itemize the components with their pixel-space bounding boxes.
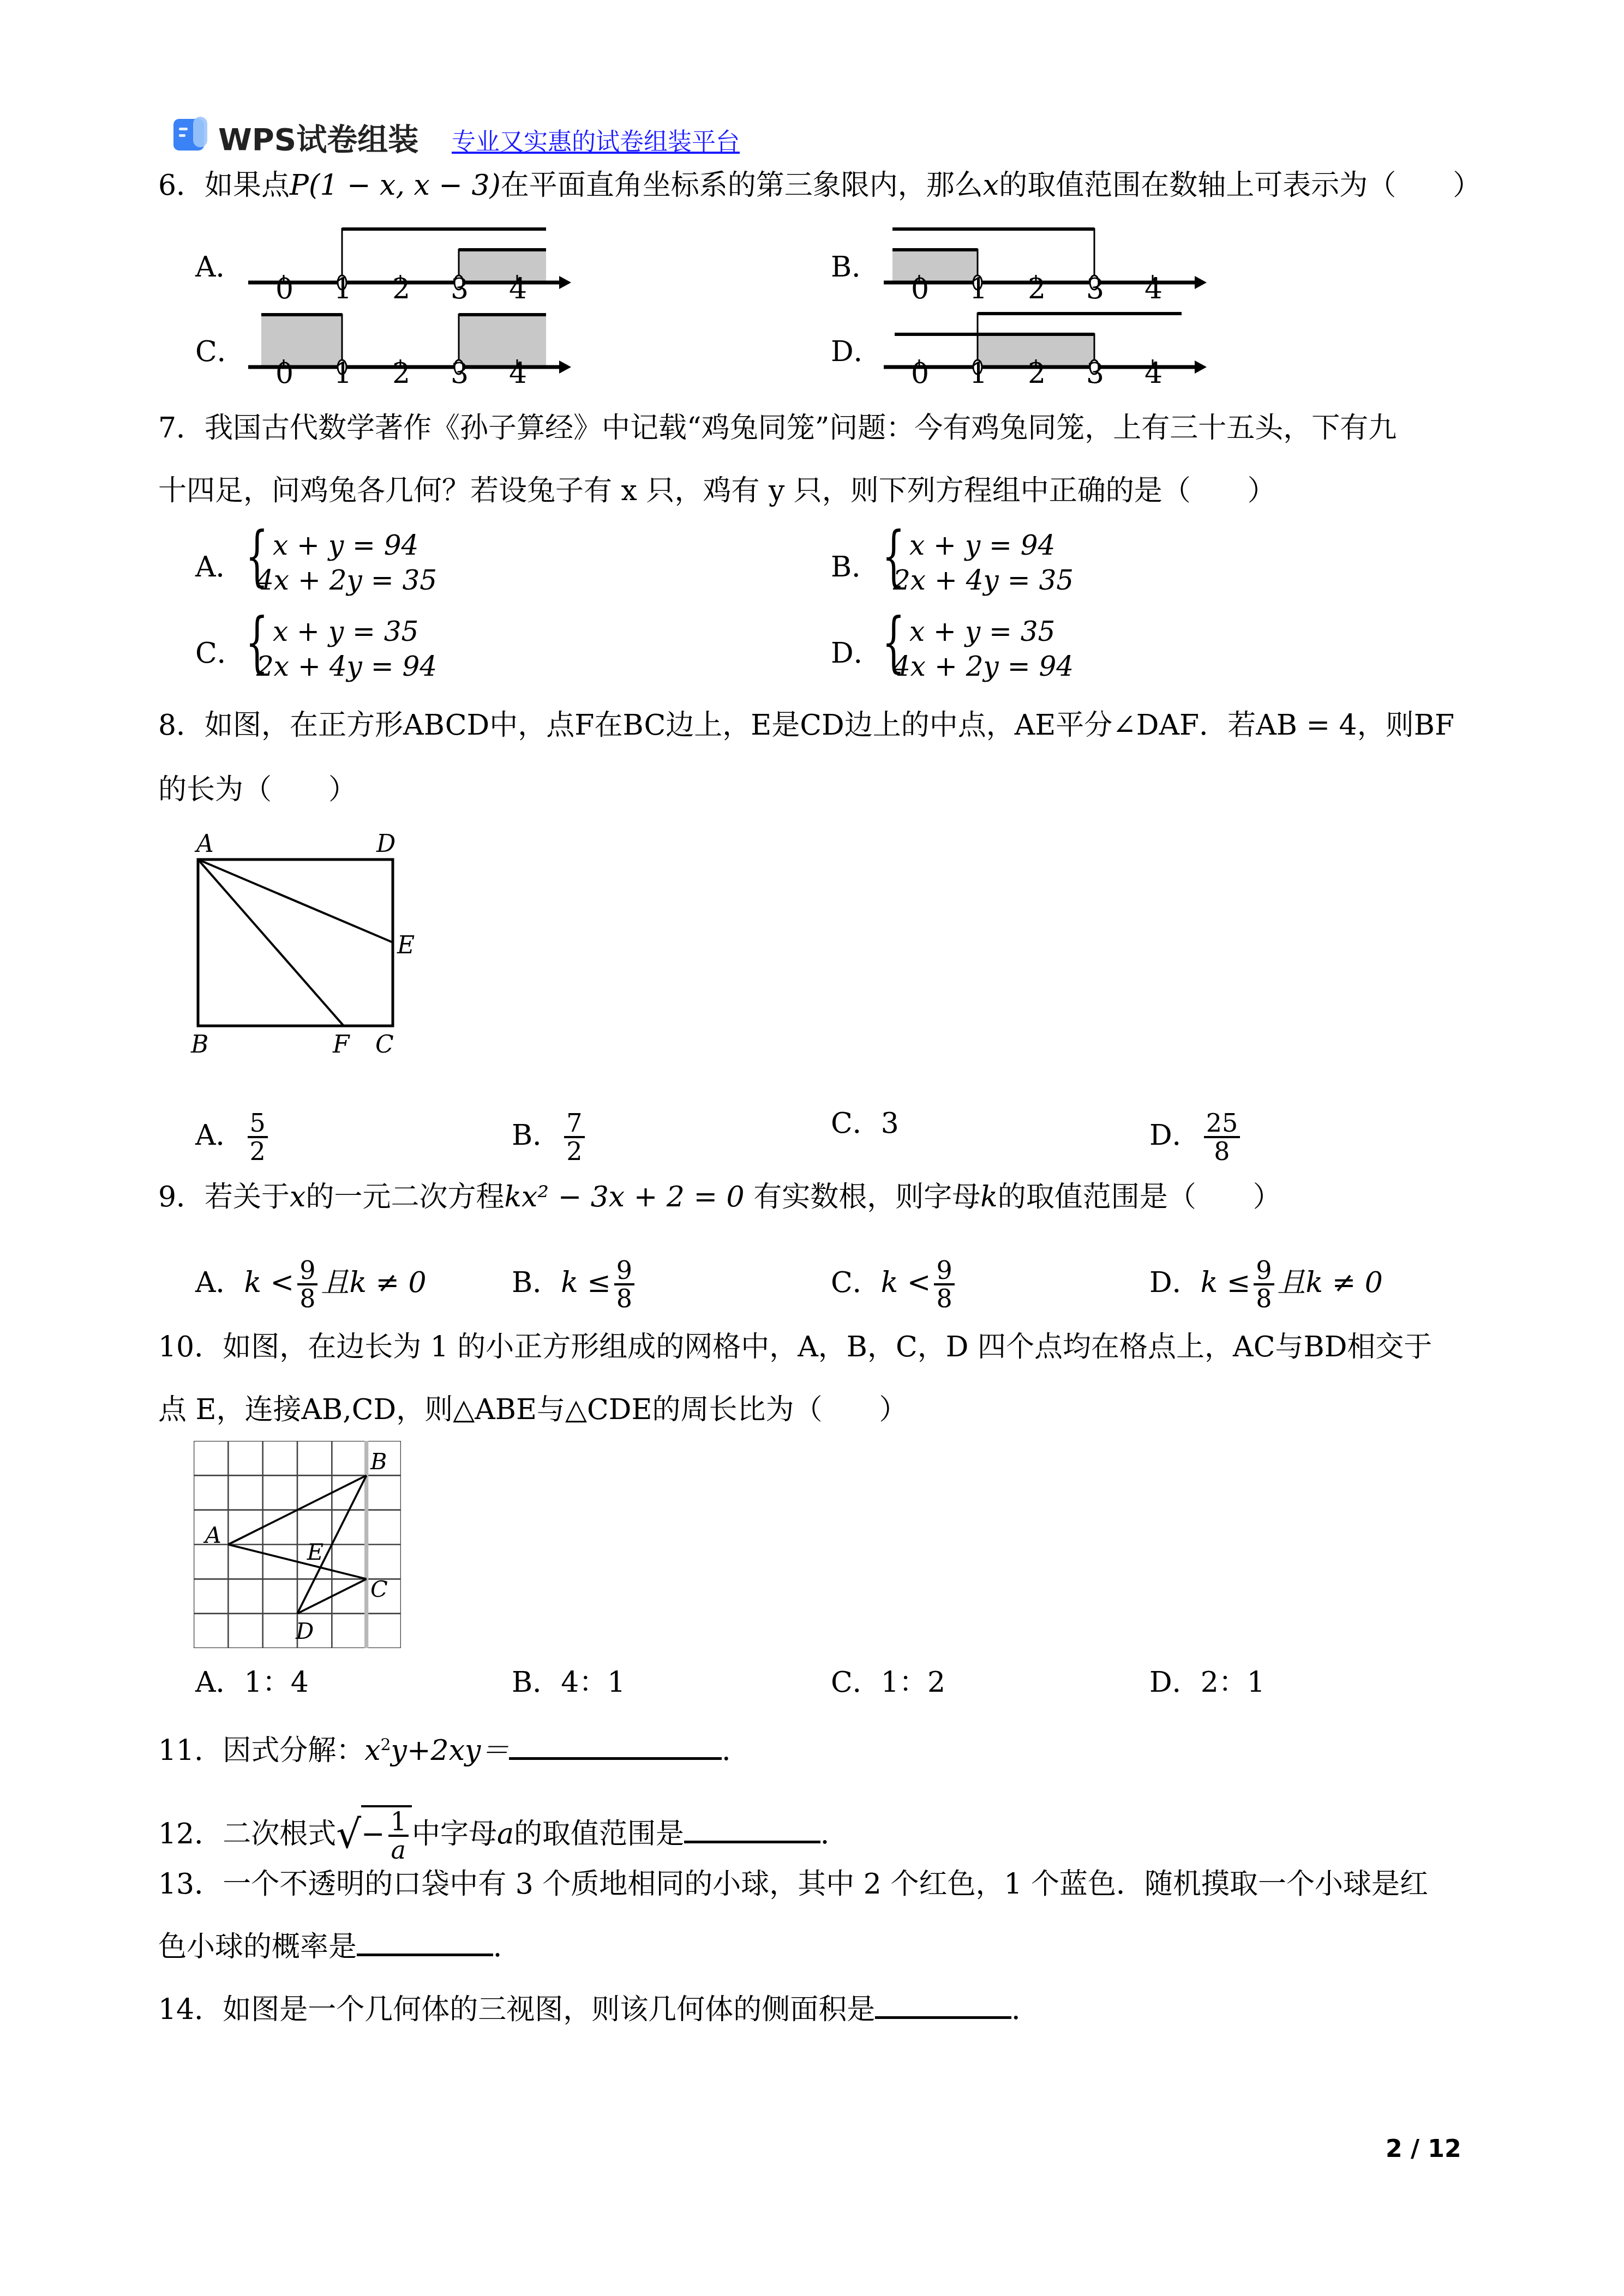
q6-text: 如果点 — [205, 169, 290, 202]
radicand: −1a — [361, 1805, 412, 1863]
q6-expr: P(1 − x, x − 3) — [290, 169, 501, 202]
q7-option-c-label[interactable]: C． — [195, 637, 245, 670]
label-a: A — [194, 830, 214, 858]
q7-option-d-system[interactable]: x + y = 35 4x + 2y = 94 — [893, 614, 1074, 684]
option-label: D． — [1149, 1119, 1201, 1152]
q7-option-b-system[interactable]: x + y = 94 2x + 4y = 35 — [893, 528, 1074, 598]
q10-option-b[interactable]: B．4：1 — [512, 1666, 625, 1699]
equation: 2x + 4y = 94 — [256, 649, 437, 684]
q7-option-c-system[interactable]: x + y = 35 2x + 4y = 94 — [256, 614, 437, 684]
option-value: 2：1 — [1201, 1666, 1265, 1699]
equation: 2x + 4y = 35 — [893, 563, 1074, 598]
equation: 4x + 2y = 35 — [256, 563, 437, 598]
fraction: 98 — [934, 1257, 954, 1312]
q6-option-b-label[interactable]: B． — [831, 251, 880, 284]
option-value: 3 — [881, 1107, 899, 1140]
svg-text:C: C — [370, 1576, 388, 1602]
option-value: 4：1 — [561, 1666, 625, 1699]
q9-text: 的一元二次方程 — [305, 1181, 504, 1213]
q12-text: 的取值范围是 — [514, 1818, 684, 1850]
tick-label: 3 — [1086, 357, 1104, 390]
tick-label: 0 — [275, 273, 293, 305]
tagline-link[interactable]: 专业又实惠的试卷组装平台 — [452, 122, 740, 157]
q7-option-a-system[interactable]: x + y = 94 4x + 2y = 35 — [256, 528, 437, 598]
q11-number: 11． — [158, 1734, 223, 1767]
option-label: B． — [512, 1666, 561, 1699]
q13-text: 一个不透明的口袋中有 3 个质地相同的小球，其中 2 个红色，1 个蓝色．随机摸… — [223, 1868, 1428, 1901]
q8-option-d[interactable]: D．258 — [1149, 1110, 1243, 1164]
option-label: B． — [512, 1266, 561, 1299]
label-b: B — [190, 1031, 208, 1059]
label-d: D — [376, 830, 395, 858]
fraction: 98 — [297, 1257, 317, 1312]
wps-logo-icon — [173, 119, 204, 151]
q8-square-figure: A D E B F C — [153, 818, 535, 1082]
fraction: 1a — [388, 1808, 409, 1863]
minus-sign: − — [361, 1818, 385, 1850]
q9-option-a[interactable]: A．k <98且k ≠ 0 — [195, 1257, 427, 1312]
question-13-line1: 13．一个不透明的口袋中有 3 个质地相同的小球，其中 2 个红色，1 个蓝色．… — [158, 1868, 1428, 1901]
equation: x + y = 35 — [256, 614, 437, 649]
q7-text: 我国古代数学著作《孙子算经》中记载“鸡兔同笼”问题：今有鸡兔同笼，上有三十五头，… — [205, 412, 1397, 444]
option-value: 1：4 — [244, 1666, 309, 1699]
option-label: D． — [1149, 1266, 1201, 1299]
option-value: 1：2 — [881, 1666, 945, 1699]
equation: x + y = 94 — [893, 528, 1074, 563]
q14-end: ． — [1011, 1993, 1040, 2026]
q9-var: k — [980, 1181, 998, 1213]
tick-label: 1 — [969, 273, 987, 305]
question-14: 14．如图是一个几何体的三视图，则该几何体的侧面积是． — [158, 1993, 1040, 2026]
question-12: 12．二次根式√−1a中字母a的取值范围是． — [158, 1805, 849, 1863]
q6-option-a-label[interactable]: A． — [195, 251, 244, 284]
inequality: k < — [881, 1266, 931, 1299]
q9-number: 9． — [158, 1181, 205, 1213]
q6-number: 6． — [158, 169, 205, 202]
q6-option-c-label[interactable]: C． — [195, 335, 245, 368]
svg-text:D: D — [295, 1618, 314, 1644]
question-8-line1: 8．如图，在正方形ABCD中，点F在BC边上，E是CD边上的中点，AE平分∠DA… — [158, 709, 1454, 742]
q12-answer-blank[interactable] — [684, 1841, 820, 1843]
brand-name: WPS试卷组装 — [218, 116, 418, 159]
question-7-line1: 7．我国古代数学著作《孙子算经》中记载“鸡兔同笼”问题：今有鸡兔同笼，上有三十五… — [158, 412, 1397, 444]
q11-expr: y+2xy＝ — [391, 1734, 510, 1767]
tick-label: 0 — [275, 357, 293, 390]
q6-option-d-label[interactable]: D． — [831, 335, 882, 368]
q7-option-a-label[interactable]: A． — [195, 551, 244, 584]
option-label: A． — [195, 1119, 244, 1152]
label-f: F — [332, 1031, 350, 1059]
question-8-line2: 的长为（ ） — [158, 773, 357, 806]
option-label: D． — [1149, 1666, 1201, 1699]
q9-option-c[interactable]: C．k <98 — [831, 1257, 958, 1312]
tick-label: 2 — [1028, 273, 1046, 305]
option-label: C． — [831, 1666, 881, 1699]
fraction: 98 — [614, 1257, 634, 1312]
q11-exponent: 2 — [381, 1735, 391, 1754]
q8-option-b[interactable]: B．72 — [512, 1110, 588, 1164]
option-label: C． — [831, 1107, 881, 1140]
question-9: 9．若关于x的一元二次方程kx² − 3x + 2 = 0 有实数根，则字母k的… — [158, 1181, 1281, 1213]
q14-number: 14． — [158, 1993, 223, 2026]
fraction: 258 — [1204, 1110, 1241, 1164]
tick-label: 1 — [969, 357, 987, 390]
label-c: C — [375, 1031, 394, 1059]
condition: 且k ≠ 0 — [1278, 1266, 1383, 1299]
q12-number: 12． — [158, 1818, 223, 1850]
sqrt-icon: √ — [336, 1811, 361, 1857]
q8-option-a[interactable]: A．52 — [195, 1110, 271, 1164]
q9-text: 若关于 — [205, 1181, 290, 1213]
q7-number: 7． — [158, 412, 205, 444]
q10-grid-figure: A B C D E — [194, 1441, 401, 1650]
q10-number: 10． — [158, 1331, 223, 1363]
tick-label: 1 — [334, 273, 352, 305]
tick-label: 4 — [1144, 357, 1162, 390]
q9-option-b[interactable]: B．k ≤98 — [512, 1257, 638, 1312]
q6-text2: 在平面直角坐标系的第三象限内，那么 — [501, 169, 983, 202]
svg-text:E: E — [307, 1538, 323, 1565]
tick-label: 1 — [334, 357, 352, 390]
tick-label: 4 — [509, 273, 527, 305]
tick-label: 3 — [451, 357, 469, 390]
equation: 4x + 2y = 94 — [893, 649, 1074, 684]
tick-label: 4 — [509, 357, 527, 390]
fraction: 98 — [1254, 1257, 1274, 1312]
question-13-line2: 色小球的概率是． — [158, 1931, 522, 1963]
svg-text:B: B — [370, 1448, 387, 1475]
question-10-line1: 10．如图，在边长为 1 的小正方形组成的网格中，A，B，C，D 四个点均在格点… — [158, 1331, 1432, 1363]
tick-label: 2 — [392, 273, 410, 305]
q10-option-a[interactable]: A．1：4 — [195, 1666, 309, 1699]
q11-text: 因式分解： — [223, 1734, 364, 1767]
tick-label: 3 — [1086, 273, 1104, 305]
q10-option-d[interactable]: D．2：1 — [1149, 1666, 1265, 1699]
q9-var: x — [290, 1181, 305, 1213]
q6-text3: 的取值范围在数轴上可表示为（ ） — [999, 169, 1481, 202]
q9-text: 有实数根，则字母 — [745, 1181, 981, 1213]
option-label: C． — [831, 1266, 881, 1299]
q12-text: 二次根式 — [223, 1818, 336, 1850]
q8-number: 8． — [158, 709, 205, 742]
q9-option-d[interactable]: D．k ≤98且k ≠ 0 — [1149, 1257, 1383, 1312]
q7-option-b-label[interactable]: B． — [831, 551, 880, 584]
q13-answer-blank[interactable] — [357, 1954, 493, 1956]
option-label: A． — [195, 1266, 244, 1299]
q12-text: 中字母 — [412, 1818, 497, 1850]
q9-equation: kx² − 3x + 2 = 0 — [504, 1181, 744, 1213]
inequality: k ≤ — [561, 1266, 611, 1299]
fraction: 72 — [564, 1110, 584, 1164]
q14-text: 如图是一个几何体的三视图，则该几何体的侧面积是 — [223, 1993, 875, 2026]
inequality: k ≤ — [1201, 1266, 1251, 1299]
inequality: k < — [244, 1266, 295, 1299]
q8-text: 如图，在正方形ABCD中，点F在BC边上，E是CD边上的中点，AE平分∠DAF．… — [205, 709, 1454, 742]
tick-label: 0 — [911, 273, 929, 305]
q10-text: 如图，在边长为 1 的小正方形组成的网格中，A，B，C，D 四个点均在格点上，A… — [223, 1331, 1432, 1363]
condition: 且k ≠ 0 — [321, 1266, 426, 1299]
tick-label: 4 — [1144, 273, 1162, 305]
tick-label: 2 — [392, 357, 410, 390]
question-6: 6．如果点P(1 − x, x − 3)在平面直角坐标系的第三象限内，那么x的取… — [158, 169, 1481, 202]
fraction: 52 — [248, 1110, 268, 1164]
q6-var: x — [983, 169, 999, 202]
q12-end: ． — [820, 1818, 849, 1850]
q8-option-c[interactable]: C．3 — [831, 1107, 899, 1140]
page-indicator: 2 / 12 — [1386, 2135, 1461, 2163]
question-11: 11．因式分解：x2y+2xy＝． — [158, 1729, 750, 1767]
q11-end: ． — [722, 1734, 750, 1767]
q7-option-d-label[interactable]: D． — [831, 637, 882, 670]
q10-option-c[interactable]: C．1：2 — [831, 1666, 945, 1699]
q14-answer-blank[interactable] — [875, 2016, 1011, 2019]
svg-text:A: A — [203, 1522, 221, 1548]
q13-number: 13． — [158, 1868, 223, 1901]
option-label: A． — [195, 1666, 244, 1699]
q12-var: a — [497, 1818, 514, 1850]
option-label: B． — [512, 1119, 561, 1152]
label-e: E — [397, 931, 415, 959]
q13-text: 色小球的概率是 — [158, 1931, 357, 1963]
question-10-line2: 点 E，连接AB,CD，则△ABE与△CDE的周长比为（ ） — [158, 1393, 907, 1426]
tick-label: 0 — [911, 357, 929, 390]
tick-label: 2 — [1028, 357, 1046, 390]
q11-answer-blank[interactable] — [509, 1757, 722, 1760]
question-7-line2: 十四足，问鸡兔各几何？若设兔子有 x 只，鸡有 y 只，则下列方程组中正确的是（… — [158, 474, 1276, 507]
tick-label: 3 — [451, 273, 469, 305]
q13-end: ． — [493, 1931, 522, 1963]
q9-text: 的取值范围是（ ） — [998, 1181, 1281, 1213]
q11-expr: x — [364, 1734, 380, 1767]
equation: x + y = 94 — [256, 528, 437, 563]
equation: x + y = 35 — [893, 614, 1074, 649]
